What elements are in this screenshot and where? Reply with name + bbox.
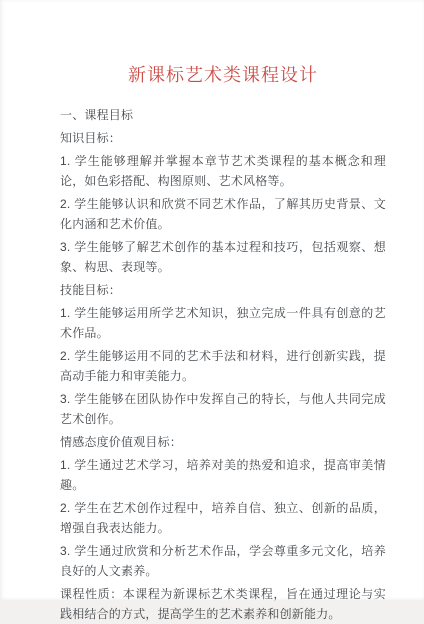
page-title: 新课标艺术类课程设计: [58, 62, 388, 88]
skill-objective-item-1: 1. 学生能够运用所学艺术知识，独立完成一件具有创意的艺术作品。: [60, 303, 386, 343]
skill-objective-item-2: 2. 学生能够运用不同的艺术手法和材料，进行创新实践，提高动手能力和审美能力。: [60, 346, 386, 386]
knowledge-objective-item-2: 2. 学生能够认识和欣赏不同艺术作品，了解其历史背景、文化内涵和艺术价值。: [60, 194, 386, 234]
section-heading-course-objectives: 一、课程目标: [60, 105, 386, 125]
affective-objective-item-2: 2. 学生在艺术创作过程中，培养自信、独立、创新的品质，增强自我表达能力。: [60, 498, 386, 538]
skill-objective-item-3: 3. 学生能够在团队协作中发挥自己的特长，与他人共同完成艺术创作。: [60, 389, 386, 429]
knowledge-objective-item-3: 3. 学生能够了解艺术创作的基本过程和技巧，包括观察、想象、构思、表现等。: [60, 237, 386, 277]
affective-objective-item-3: 3. 学生通过欣赏和分析艺术作品，学会尊重多元文化，培养良好的人文素养。: [60, 541, 386, 581]
knowledge-objective-item-1: 1. 学生能够理解并掌握本章节艺术类课程的基本概念和理论，如色彩搭配、构图原则、…: [60, 151, 386, 191]
label-affective-objectives: 情感态度价值观目标：: [60, 432, 386, 452]
paragraph-course-nature: 课程性质：本课程为新课标艺术类课程，旨在通过理论与实践相结合的方式，提高学生的艺…: [60, 584, 386, 600]
affective-objective-item-1: 1. 学生通过艺术学习，培养对美的热爱和追求，提高审美情趣。: [60, 455, 386, 495]
document-body: 一、课程目标 知识目标： 1. 学生能够理解并掌握本章节艺术类课程的基本概念和理…: [60, 105, 386, 600]
document-page: 新课标艺术类课程设计 一、课程目标 知识目标： 1. 学生能够理解并掌握本章节艺…: [0, 0, 424, 600]
label-skill-objectives: 技能目标：: [60, 280, 386, 300]
label-knowledge-objectives: 知识目标：: [60, 128, 386, 148]
